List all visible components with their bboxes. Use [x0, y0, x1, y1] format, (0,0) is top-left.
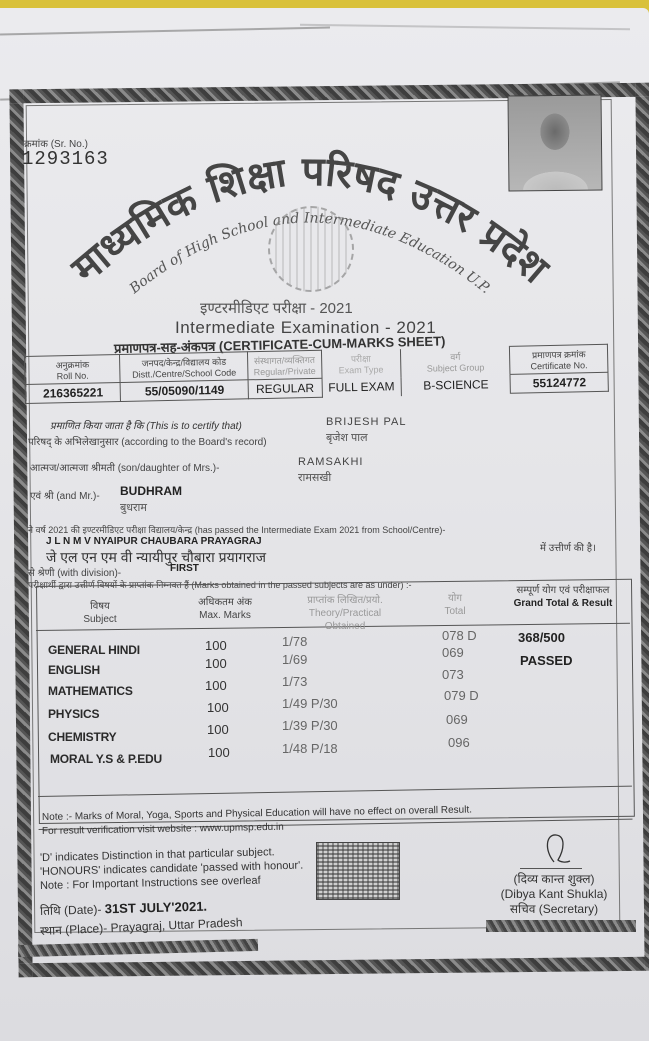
signatory-name-english: (Dibya Kant Shukla)	[494, 887, 614, 902]
bottom-border-right	[486, 920, 636, 932]
division-label: से श्रेणी (with division)-	[28, 565, 121, 579]
date-value: 31ST JULY'2021.	[105, 899, 208, 917]
obtained-header: प्राप्तांक लिखित/प्रयो.Theory/Practical …	[290, 594, 400, 633]
total-header: योगTotal	[430, 592, 480, 618]
group-header: वर्गSubject Group	[400, 346, 510, 376]
subject-header: विषयSubject	[60, 600, 140, 626]
exam-type-value: FULL EXAM	[322, 377, 402, 398]
candidate-name-hindi: बृजेश पाल	[326, 430, 368, 445]
grand-total-header: सम्पूर्ण योग एवं परीक्षाफलGrand Total & …	[500, 584, 626, 610]
division-value: FIRST	[170, 563, 199, 574]
exam-type-header: परीक्षाExam Type	[321, 349, 401, 379]
mother-name-english: RAMSAKHI	[298, 456, 363, 468]
qr-code-icon[interactable]	[316, 842, 400, 900]
signatory-block: (दिव्य कान्त शुक्ल) (Dibya Kant Shukla) …	[494, 872, 614, 917]
centre-code-header: जनपद/केन्द्र/विद्यालय कोडDistt./Centre/S…	[120, 352, 248, 383]
centre-code-value: 55/05090/1149	[121, 380, 249, 402]
grand-total-value: 368/500	[518, 630, 565, 645]
exam-title-hindi: इण्टरमीडिएट परीक्षा - 2021	[200, 298, 353, 318]
signature-line	[520, 868, 582, 869]
signatory-designation: सचिव (Secretary)	[494, 902, 614, 917]
group-value: B-SCIENCE	[401, 374, 511, 395]
regular-header: संस्थागत/व्यक्तिगतRegular/Private	[248, 350, 322, 380]
father-label: एवं श्री (and Mr.)-	[30, 488, 100, 502]
board-seal-icon	[268, 206, 354, 292]
school-name-english: J L N M V NYAIPUR CHAUBARA PRAYAGRAJ	[46, 536, 262, 547]
max-marks-header: अधिकतम अंकMax. Marks	[180, 596, 270, 622]
signature-icon	[536, 832, 576, 868]
father-name-english: BUDHRAM	[120, 484, 182, 498]
mother-label: आत्मज/आत्मजा श्रीमती (son/daughter of Mr…	[30, 460, 219, 474]
fold-line	[0, 27, 330, 36]
certificate-no-header: प्रमाणपत्र क्रमांकCertificate No.	[510, 344, 608, 374]
mother-name-hindi: रामसखी	[298, 470, 331, 485]
roll-no-value: 216365221	[25, 382, 121, 403]
fold-line	[300, 24, 630, 31]
result-status: PASSED	[520, 653, 573, 668]
place-label: स्थान (Place)-	[40, 921, 108, 938]
regular-value: REGULAR	[248, 378, 322, 399]
certificate-no-value: 55124772	[510, 372, 608, 393]
passed-line: ने वर्ष 2021 की इण्टरमीडिएट परीक्षा विद्…	[28, 523, 445, 536]
father-name-hindi: बुधराम	[120, 500, 147, 515]
signatory-name-hindi: (दिव्य कान्त शुक्ल)	[494, 872, 614, 887]
roll-no-header: अनुक्रमांकRoll No.	[25, 354, 121, 384]
certify-line: प्रमाणित किया जाता है कि (This is to cer…	[50, 418, 242, 432]
according-line: परिषद् के अभिलेखानुसार (according to the…	[28, 434, 267, 448]
passed-suffix: में उत्तीर्ण की है।	[540, 540, 596, 554]
candidate-name-english: BRIJESH PAL	[326, 416, 407, 428]
date-label: तिथि (Date)-	[40, 902, 102, 918]
